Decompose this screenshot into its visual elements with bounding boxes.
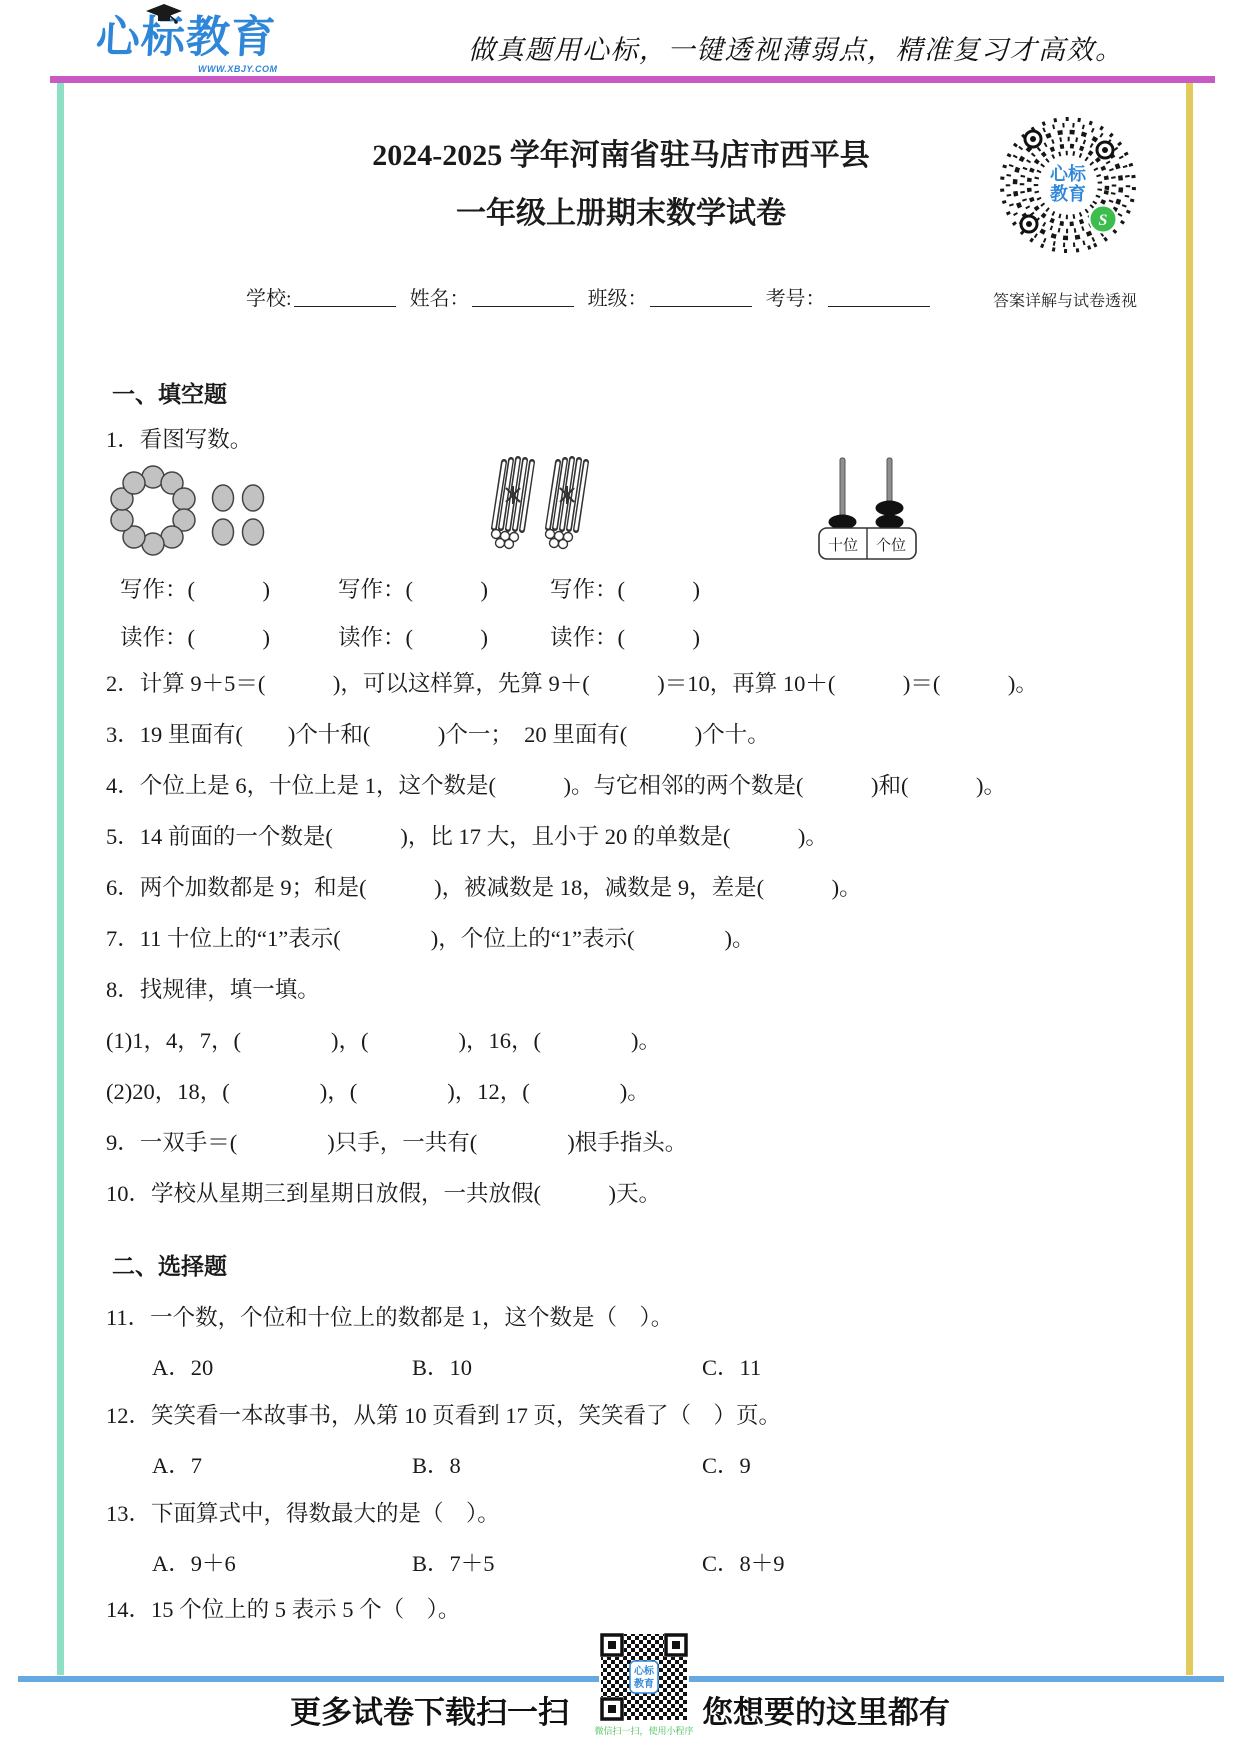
qr-brand-line2: 教育 [1049,183,1086,204]
option-a: A．20 [152,1350,213,1382]
abacus-tens-label: 十位 [828,537,858,554]
footer-qr-brand-line2: 教育 [633,1677,654,1690]
option-c: C．11 [702,1350,761,1382]
option-b: B．8 [412,1448,461,1480]
brand-url: WWW.XBJY.COM [198,64,278,74]
option-c: C．8＋9 [702,1546,785,1578]
question-14: 14．15 个位上的 5 表示 5 个（ ）。 [106,1592,460,1624]
write-label-3: 写作：( ) [550,572,700,604]
graduation-cap-icon [146,4,182,26]
answers-qr-caption: 答案详解与试卷透视 [955,288,1175,311]
question-4: 4．个位上是 6，十位上是 1，这个数是( )。与它相邻的两个数是( )和( )… [106,768,1006,800]
option-b: B．10 [412,1350,472,1382]
examno-label: 考号： [766,288,826,310]
question-11-options: A．20 B．10 C．11 [0,1350,1240,1380]
school-label: 学校: [246,288,292,310]
footer-qr-brand-line1: 心标 [634,1664,655,1677]
exam-paper-page: 心标教育 WWW.XBJY.COM 做真题用心标，一键透视薄弱点，精准复习才高效… [0,0,1240,1754]
class-label: 班级： [588,288,648,310]
qr-brand-line1: 心标 [1050,163,1087,184]
write-label-2: 写作：( ) [338,572,488,604]
question-12: 12．笑笑看一本故事书，从第 10 页看到 17 页，笑笑看了（ ）页。 [106,1398,781,1430]
question-3: 3．19 里面有( )个十和( )个一； 20 里面有( )个十。 [106,717,770,749]
read-label-3: 读作：( ) [550,620,700,652]
brand-text: 心标教育 [95,16,277,60]
question-13: 13．下面算式中，得数最大的是（ ）。 [106,1496,500,1528]
question-5: 5．14 前面的一个数是( )，比 17 大，且小于 20 的单数是( )。 [106,819,828,851]
option-a: A．9＋6 [152,1546,236,1578]
stick-bundles-figure [486,450,596,565]
question-1: 1．看图写数。 [106,422,252,454]
question-10: 10．学校从星期三到星期日放假，一共放假( )天。 [106,1176,661,1208]
wechat-icon-glyph: S [1099,212,1108,229]
header-logo: 心标教育 [96,16,276,60]
class-blank [650,286,752,307]
question-7: 7．11 十位上的“1”表示( )，个位上的“1”表示( )。 [106,921,754,953]
abacus-ones-label: 个位 [876,537,906,554]
examno-blank [828,286,930,307]
question-9: 9．一双手＝( )只手，一共有( )根手指头。 [106,1125,687,1157]
footer-qr-caption: 微信扫一扫，使用小程序 [569,1724,719,1737]
question-12-options: A．7 B．8 C．9 [0,1448,1240,1478]
counting-dots-figure [103,458,278,566]
question-13-options: A．9＋6 B．7＋5 C．8＋9 [0,1546,1240,1576]
question-2: 2．计算 9＋5＝( )，可以这样算，先算 9＋( )＝10，再算 10＋( )… [106,666,1038,698]
name-label: 姓名： [410,288,470,310]
school-blank [294,286,396,307]
top-rule [50,76,1215,83]
option-b: B．7＋5 [412,1546,495,1578]
answers-qr-code: 心标 教育 S [993,112,1143,262]
footer-left-text: 更多试卷下载扫一扫 [290,1687,569,1732]
name-blank [472,286,574,307]
write-label-1: 写作：( ) [120,572,270,604]
option-c: C．9 [702,1448,751,1480]
question-8: 8．找规律，填一填。 [106,972,320,1004]
left-border [57,83,64,1675]
header-slogan: 做真题用心标，一键透视薄弱点，精准复习才高效。 [468,28,1124,67]
question-6: 6．两个加数都是 9；和是( )，被减数是 18，减数是 9，差是( )。 [106,870,862,902]
question-8-sequence-1: (1)1，4，7，( )，( )，16，( )。 [106,1023,661,1055]
read-label-1: 读作：( ) [120,620,270,652]
abacus-figure: 十位 个位 [816,450,920,562]
question-8-sequence-2: (2)20，18，( )，( )，12，( )。 [106,1074,650,1106]
right-border [1186,83,1193,1675]
footer-right-text: 您想要的这里都有 [702,1687,950,1732]
read-label-2: 读作：( ) [338,620,488,652]
question-11: 11．一个数，个位和十位上的数都是 1，这个数是（ ）。 [106,1300,673,1332]
section2-heading: 二、选择题 [112,1248,227,1281]
section1-heading: 一、填空题 [112,376,227,409]
option-a: A．7 [152,1448,202,1480]
footer-qr-code: 心标 教育 [599,1632,689,1722]
student-info: 学校:姓名：班级：考号： [246,282,944,311]
